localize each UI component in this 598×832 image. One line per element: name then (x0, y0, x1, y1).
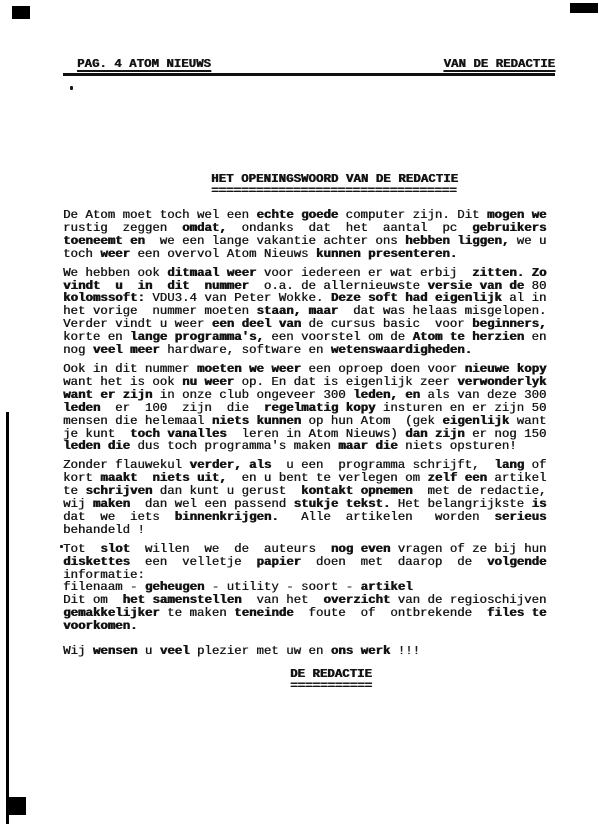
article-body: De Atom moet toch wel een echte goede co… (63, 209, 555, 692)
text-line: toch weer een overvol Atom Nieuws kunnen… (63, 248, 555, 261)
closing-line: Wij wensen u veel plezier met uw en ons … (63, 645, 555, 658)
text-line: leden die dus toch programma's maken maa… (63, 440, 555, 453)
page-content: PAG. 4 ATOM NIEUWS VAN DE REDACTIE HET O… (63, 57, 555, 692)
paragraph-kopy-oproep: Ook in dit nummer moeten we weer een opr… (63, 363, 555, 453)
scan-artifact-bottom-left (7, 797, 26, 815)
article-title-underline: ================================= (211, 186, 555, 197)
text-line: nog veel meer hardware, software en wete… (63, 344, 555, 357)
paragraph-diskettes: Tot slot willen we de auteurs nog even v… (63, 543, 555, 633)
text-line: behandeld ! (63, 524, 555, 537)
text-line: voorkomen. (63, 620, 555, 633)
scanned-newsletter-page: PAG. 4 ATOM NIEUWS VAN DE REDACTIE HET O… (0, 0, 598, 832)
scan-artifact-top-left (12, 6, 30, 19)
title-block: HET OPENINGSWOORD VAN DE REDACTIE ======… (211, 173, 555, 197)
page-header: PAG. 4 ATOM NIEUWS VAN DE REDACTIE (63, 57, 555, 76)
signature-block: DE REDACTIE =========== (290, 668, 555, 692)
section-label: VAN DE REDACTIE (443, 57, 555, 71)
page-number-label: PAG. 4 ATOM NIEUWS (77, 57, 211, 71)
signature-underline: =========== (290, 681, 555, 692)
scan-artifact-top-right (570, 3, 598, 13)
scan-artifact-left-edge-line (6, 412, 9, 824)
paragraph-contents: We hebben ook ditmaal weer voor iedereen… (63, 267, 555, 357)
paragraph-intro: De Atom moet toch wel een echte goede co… (63, 209, 555, 261)
paragraph-artikelen: Zonder flauwekul verder, als u een progr… (63, 459, 555, 536)
